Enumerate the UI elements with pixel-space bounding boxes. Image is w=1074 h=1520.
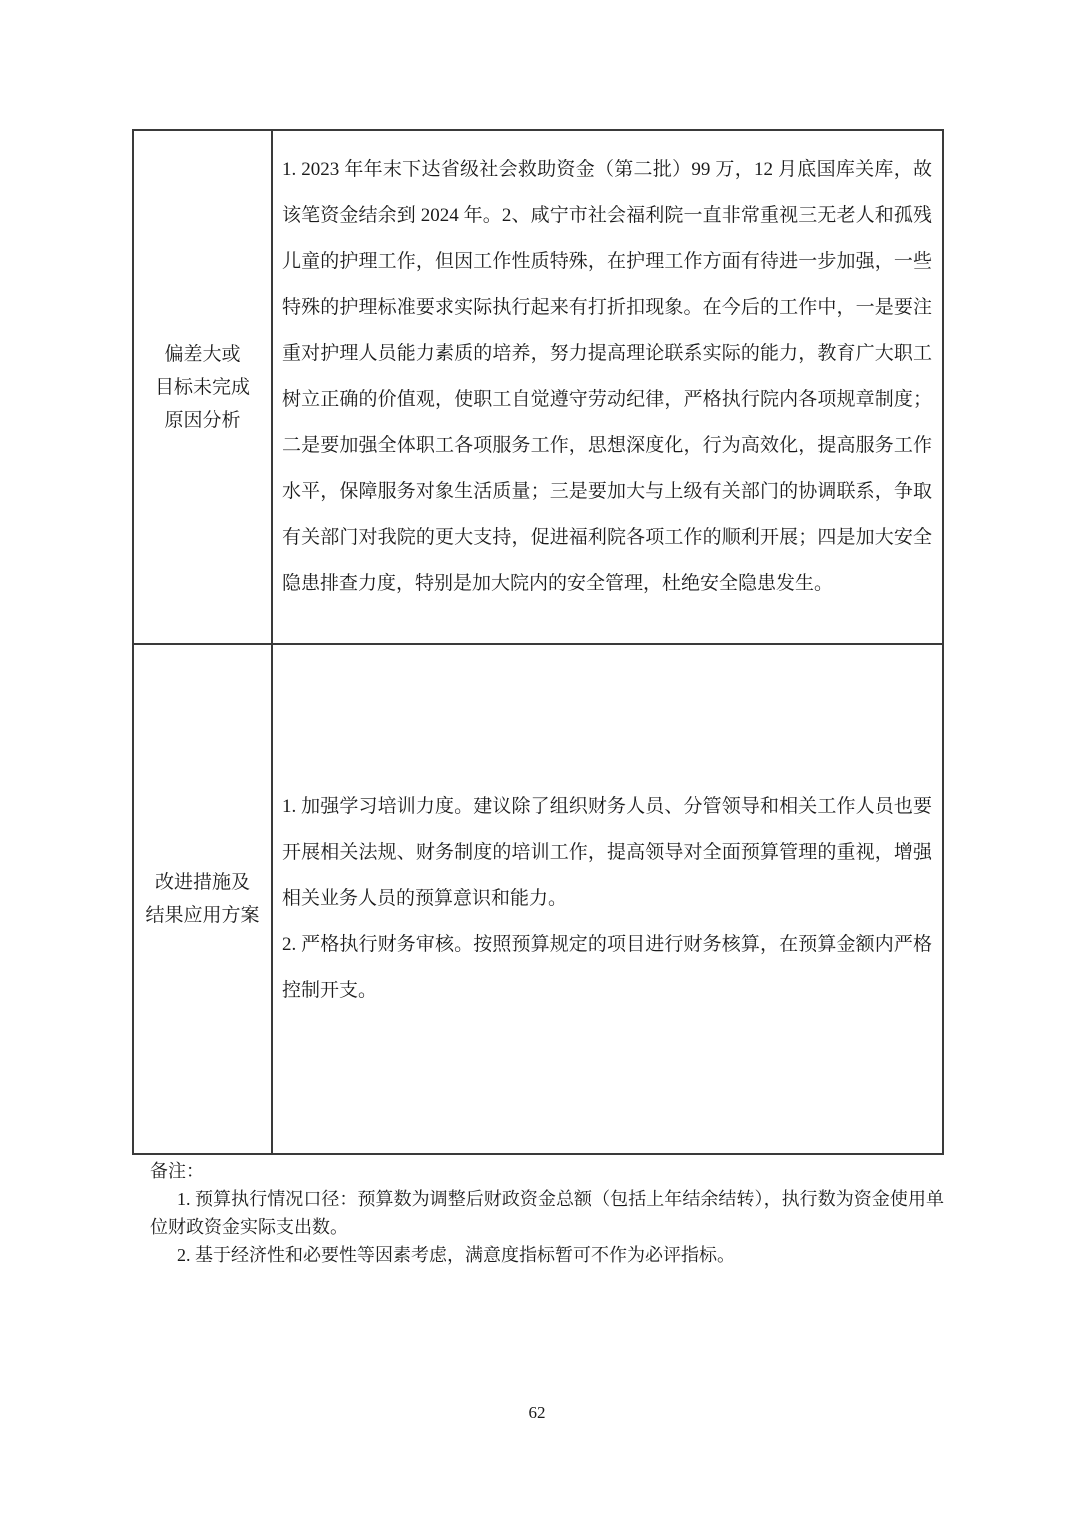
deviation-analysis-paragraph: 1. 2023 年年末下达省级社会救助资金（第二批）99 万，12 月底国库关库… — [282, 147, 932, 607]
deviation-analysis-content-cell: 1. 2023 年年末下达省级社会救助资金（第二批）99 万，12 月底国库关库… — [272, 130, 943, 644]
row-label-line: 结果应用方案 — [138, 899, 267, 932]
note-item: 1. 预算执行情况口径：预算数为调整后财政资金总额（包括上年结余结转），执行数为… — [150, 1185, 944, 1241]
notes-title: 备注： — [150, 1157, 944, 1185]
notes-section: 备注： 1. 预算执行情况口径：预算数为调整后财政资金总额（包括上年结余结转），… — [150, 1157, 944, 1269]
row-label-line: 改进措施及 — [138, 866, 267, 899]
improvement-measures-content-cell: 1. 加强学习培训力度。建议除了组织财务人员、分管领导和相关工作人员也要开展相关… — [272, 644, 943, 1154]
document-page: 偏差大或 目标未完成 原因分析 1. 2023 年年末下达省级社会救助资金（第二… — [0, 0, 1074, 1520]
deviation-analysis-label-cell: 偏差大或 目标未完成 原因分析 — [133, 130, 272, 644]
performance-report-table: 偏差大或 目标未完成 原因分析 1. 2023 年年末下达省级社会救助资金（第二… — [132, 129, 944, 1155]
note-item: 2. 基于经济性和必要性等因素考虑，满意度指标暂可不作为必评指标。 — [150, 1241, 944, 1269]
improvement-measure-paragraph: 1. 加强学习培训力度。建议除了组织财务人员、分管领导和相关工作人员也要开展相关… — [282, 784, 932, 922]
row-label-line: 目标未完成 — [138, 371, 267, 404]
improvement-measures-label-cell: 改进措施及 结果应用方案 — [133, 644, 272, 1154]
table-row-improvement-measures: 改进措施及 结果应用方案 1. 加强学习培训力度。建议除了组织财务人员、分管领导… — [133, 644, 943, 1154]
improvement-measure-paragraph: 2. 严格执行财务审核。按照预算规定的项目进行财务核算，在预算金额内严格控制开支… — [282, 922, 932, 1014]
page-number: 62 — [0, 1403, 1074, 1423]
table-row-deviation-analysis: 偏差大或 目标未完成 原因分析 1. 2023 年年末下达省级社会救助资金（第二… — [133, 130, 943, 644]
row-label-line: 原因分析 — [138, 404, 267, 437]
row-label-line: 偏差大或 — [138, 338, 267, 371]
